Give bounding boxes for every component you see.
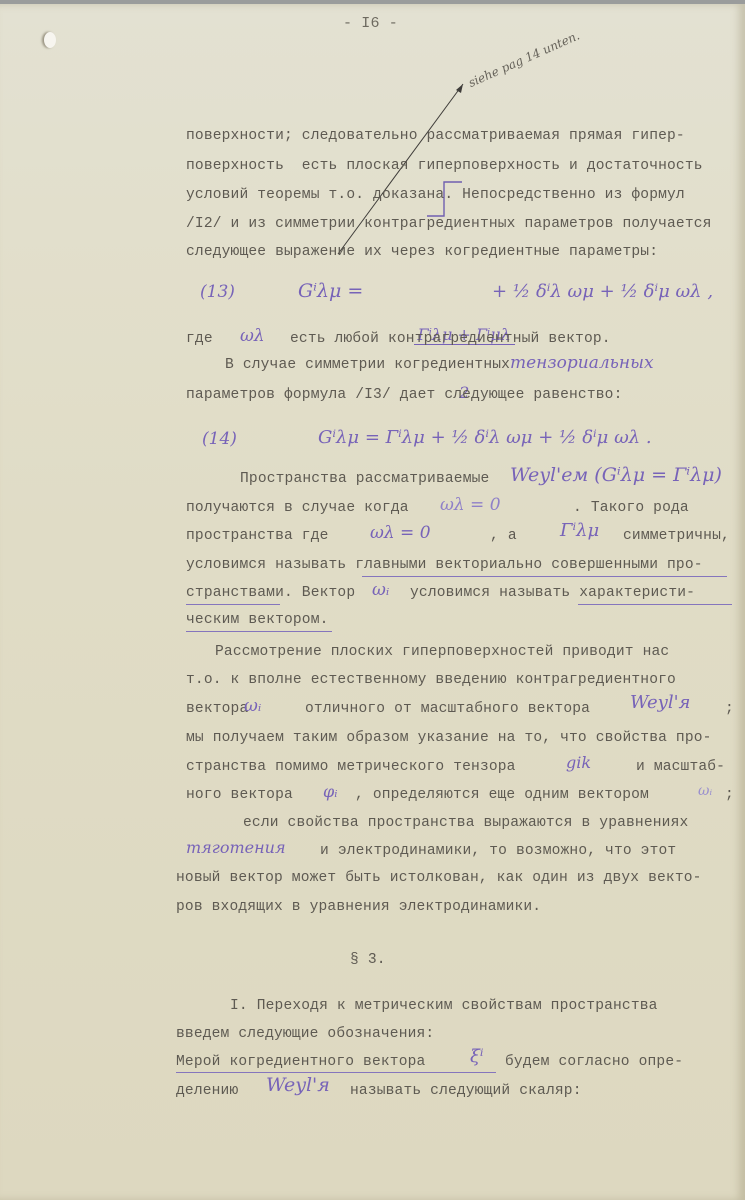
handwritten-expression: Γⁱλμ xyxy=(560,520,599,541)
text-line: называть следующий скаляр: xyxy=(350,1083,582,1099)
handwritten-expression: ωλ = 0 xyxy=(370,523,431,543)
margin-note-arrow xyxy=(0,4,745,1200)
text-line: . Такого рода xyxy=(573,500,689,516)
handwritten-expression: ωλ = 0 xyxy=(440,495,501,515)
handwritten-expression: Weyl'ем (Gⁱλμ = Γⁱλμ) xyxy=(510,464,722,486)
text-line-suffix: есть любой контрагредиентный вектор. xyxy=(290,331,611,347)
underline xyxy=(176,1072,496,1073)
text-line: поверхности; следовательно рассматриваем… xyxy=(186,128,685,144)
text-line: условий теоремы т.о. доказана. Непосредс… xyxy=(186,187,685,203)
text-line: делению xyxy=(176,1083,238,1099)
text-line: условимся называть главными векториально… xyxy=(186,557,703,573)
text-line: если свойства пространства выражаются в … xyxy=(243,815,688,831)
text-line: получаются в случае когда xyxy=(186,500,409,516)
underline xyxy=(578,604,732,605)
text-line: Мерой когредиентного вектора xyxy=(176,1054,425,1070)
text-line: ; xyxy=(725,701,734,717)
text-line: В случае симметрии когредиентных xyxy=(225,357,510,373)
text-line: будем согласно опре- xyxy=(505,1054,683,1070)
text-line: и электродинамики, то возможно, что этот xyxy=(320,843,676,859)
section-heading: § 3. xyxy=(350,952,386,968)
handwritten-symbol: ξⁱ xyxy=(470,1046,484,1067)
omega-symbol: ωλ xyxy=(240,326,265,346)
text-line: вектора xyxy=(186,701,248,717)
text-line: ческим вектором. xyxy=(186,612,329,628)
formula-label: (13) xyxy=(200,282,235,302)
formula-lhs: Gⁱλμ = xyxy=(298,280,363,302)
text-line: мы получаем таким образом указание на то… xyxy=(186,730,712,746)
formula-rhs: + ½ δⁱλ ωμ + ½ δⁱμ ωλ , xyxy=(492,281,713,302)
handwritten-symbol: gik xyxy=(566,753,591,772)
text-line: параметров формула /I3/ дает следующее р… xyxy=(186,387,622,403)
underline xyxy=(362,576,727,577)
handwritten-word: тяготения xyxy=(186,838,286,857)
text-line: странства помимо метрического тензора xyxy=(186,759,516,775)
handwritten-word: тензориальных xyxy=(510,353,654,373)
text-line: и масштаб- xyxy=(636,759,725,775)
text-line: отличного от масштабного вектора xyxy=(305,701,590,717)
text-line: странствами. Вектор xyxy=(186,585,355,601)
text-line: ров входящих в уравнения электродинамики… xyxy=(176,899,541,915)
text-line: т.о. к вполне естественному введению кон… xyxy=(186,672,676,688)
text-line: ; xyxy=(725,787,734,803)
text-line: новый вектор может быть истолкован, как … xyxy=(176,870,702,886)
formula-14: Gⁱλμ = Γⁱλμ + ½ δⁱλ ωμ + ½ δⁱμ ωλ . xyxy=(318,427,652,448)
text-line: /I2/ и из симметрии контрагредиентных па… xyxy=(186,216,712,232)
text-line: следующее выражение их через когредиентн… xyxy=(186,244,658,260)
text-line: пространства где xyxy=(186,528,329,544)
formula-14-label: (14) xyxy=(202,429,237,449)
underline xyxy=(186,604,280,605)
text-line: симметричны, xyxy=(623,528,730,544)
text-line: , определяются еще одним вектором xyxy=(355,787,649,803)
text-line: Рассмотрение плоских гиперповерхностей п… xyxy=(215,644,669,660)
text-line: I. Переходя к метрическим свойствам прос… xyxy=(230,998,658,1014)
handwritten-symbol: φᵢ xyxy=(323,782,337,801)
document-page: - I6 - siehe pag 14 unten. поверхности; … xyxy=(0,4,745,1200)
handwritten-name: Weyl'я xyxy=(266,1074,330,1096)
handwritten-symbol: ωᵢ xyxy=(372,580,389,600)
text-line: поверхность есть плоская гиперповерхност… xyxy=(186,158,703,174)
text-line: условимся называть характеристи- xyxy=(410,585,695,601)
text-line: Пространства рассматриваемые xyxy=(240,471,489,487)
underline xyxy=(186,631,332,632)
handwritten-symbol: ωᵢ xyxy=(698,783,712,799)
handwritten-name: Weyl'я xyxy=(630,692,690,713)
text-line: ного вектора xyxy=(186,787,293,803)
text-line: , а xyxy=(490,528,517,544)
formula-13: (13) Gⁱλμ = Γⁱλμ + Γⁱμλ 2 + ½ δⁱλ ωμ + ½… xyxy=(200,266,740,326)
text-line: введем следующие обозначения: xyxy=(176,1026,434,1042)
text-line-prefix: где xyxy=(186,331,213,347)
handwritten-symbol: ωᵢ xyxy=(244,696,261,716)
